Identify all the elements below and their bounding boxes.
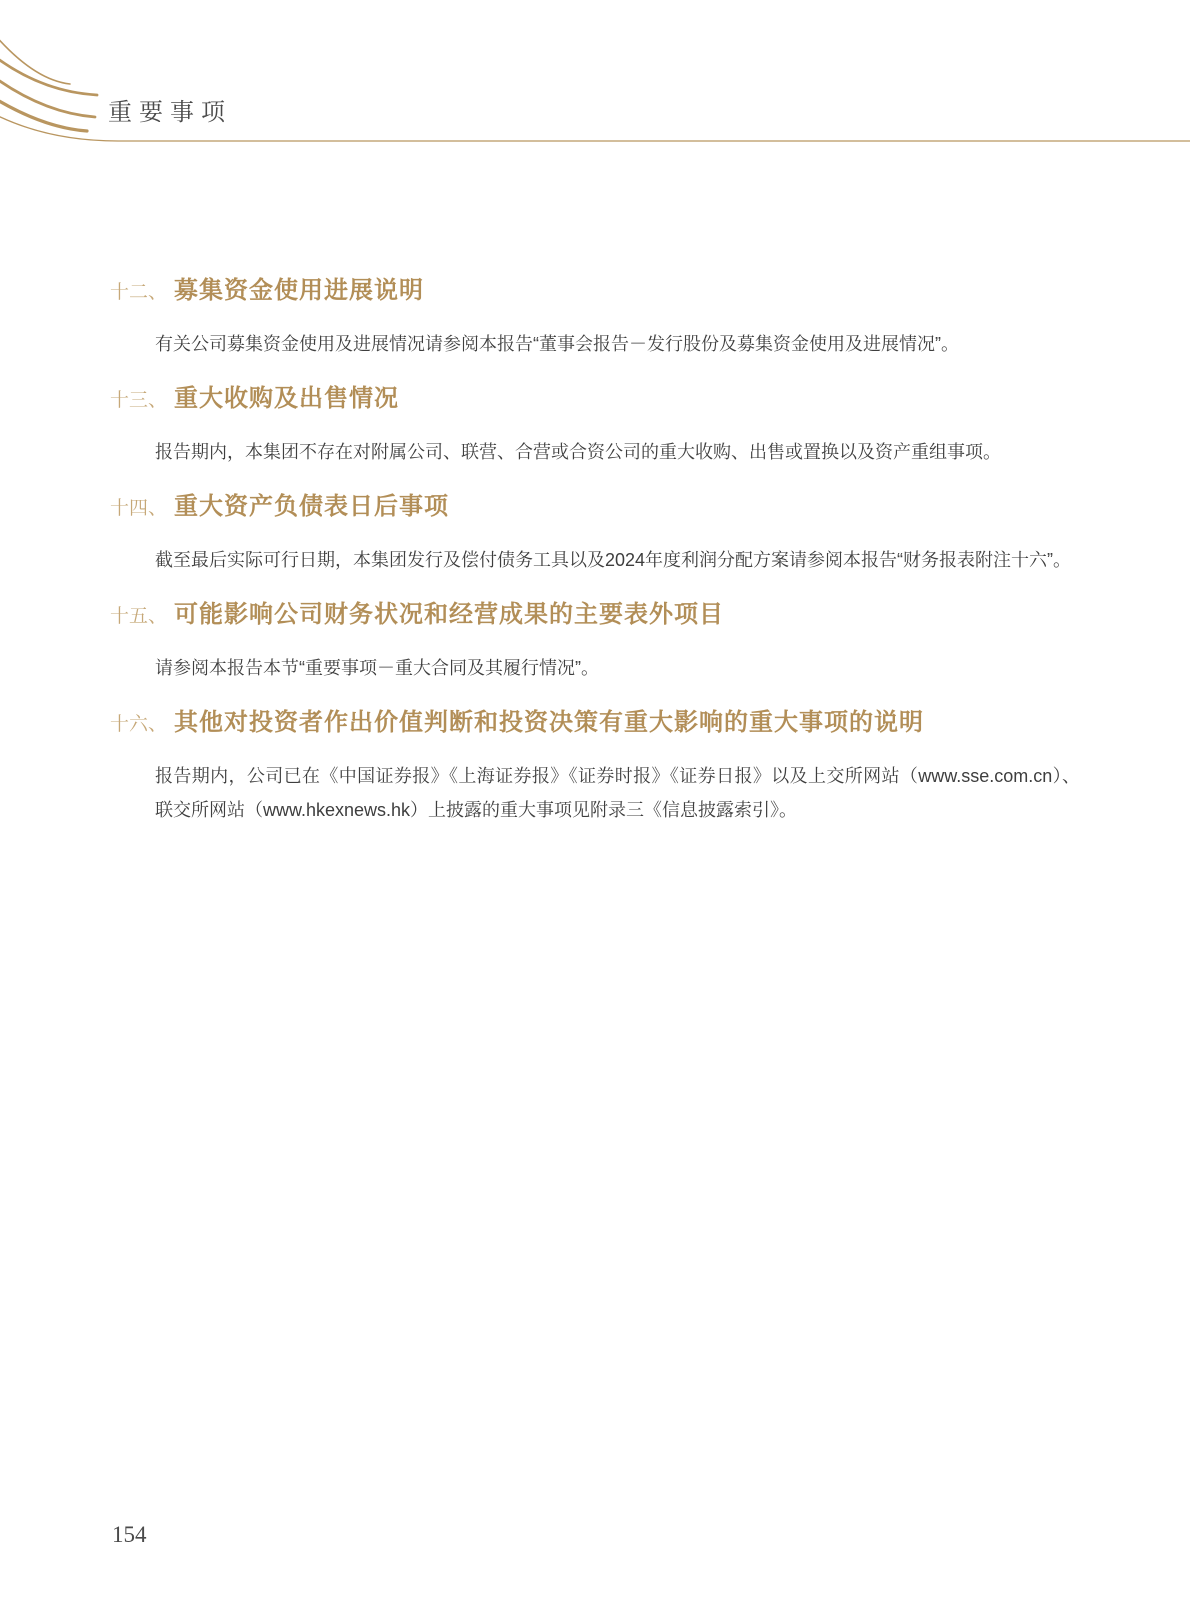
section-heading: 十三、 重大收购及出售情况 [110, 384, 1085, 416]
section-heading: 十二、 募集资金使用进展说明 [110, 276, 1085, 308]
page-header-title: 重要事项 [108, 92, 232, 127]
page-content: 十二、 募集资金使用进展说明 有关公司募集资金使用及进展情况请参阅本报告“董事会… [110, 276, 1085, 850]
section-heading: 十六、 其他对投资者作出价值判断和投资决策有重大影响的重大事项的说明 [110, 708, 1085, 740]
page-number: 154 [112, 1522, 147, 1548]
section-body: 报告期内，公司已在《中国证券报》《上海证券报》《证券时报》《证券日报》以及上交所… [155, 759, 1080, 827]
section-body: 报告期内，本集团不存在对附属公司、联营、合营或合资公司的重大收购、出售或置换以及… [155, 435, 1080, 469]
section-title: 重大收购及出售情况 [174, 384, 399, 414]
section-title: 可能影响公司财务状况和经营成果的主要表外项目 [174, 600, 724, 630]
section-title: 重大资产负债表日后事项 [174, 492, 449, 522]
section-body: 有关公司募集资金使用及进展情况请参阅本报告“董事会报告－发行股份及募集资金使用及… [155, 327, 1080, 361]
section-number: 十三、 [110, 386, 167, 416]
section-number: 十六、 [110, 710, 167, 740]
section-heading: 十五、 可能影响公司财务状况和经营成果的主要表外项目 [110, 600, 1085, 632]
section-title: 其他对投资者作出价值判断和投资决策有重大影响的重大事项的说明 [174, 708, 924, 738]
section-body: 截至最后实际可行日期，本集团发行及偿付债务工具以及2024年度利润分配方案请参阅… [155, 543, 1080, 577]
section-heading: 十四、 重大资产负债表日后事项 [110, 492, 1085, 524]
section-number: 十二、 [110, 278, 167, 308]
section-16: 十六、 其他对投资者作出价值判断和投资决策有重大影响的重大事项的说明 报告期内，… [110, 708, 1085, 827]
report-page: { "page": { "header": { "title": "重要事项" … [0, 0, 1190, 1615]
section-12: 十二、 募集资金使用进展说明 有关公司募集资金使用及进展情况请参阅本报告“董事会… [110, 276, 1085, 361]
section-body: 请参阅本报告本节“重要事项－重大合同及其履行情况”。 [155, 651, 1080, 685]
section-15: 十五、 可能影响公司财务状况和经营成果的主要表外项目 请参阅本报告本节“重要事项… [110, 600, 1085, 685]
section-number: 十五、 [110, 602, 167, 632]
section-title: 募集资金使用进展说明 [174, 276, 424, 306]
section-14: 十四、 重大资产负债表日后事项 截至最后实际可行日期，本集团发行及偿付债务工具以… [110, 492, 1085, 577]
section-number: 十四、 [110, 494, 167, 524]
section-13: 十三、 重大收购及出售情况 报告期内，本集团不存在对附属公司、联营、合营或合资公… [110, 384, 1085, 469]
corner-arcs-decoration [0, 0, 1190, 160]
